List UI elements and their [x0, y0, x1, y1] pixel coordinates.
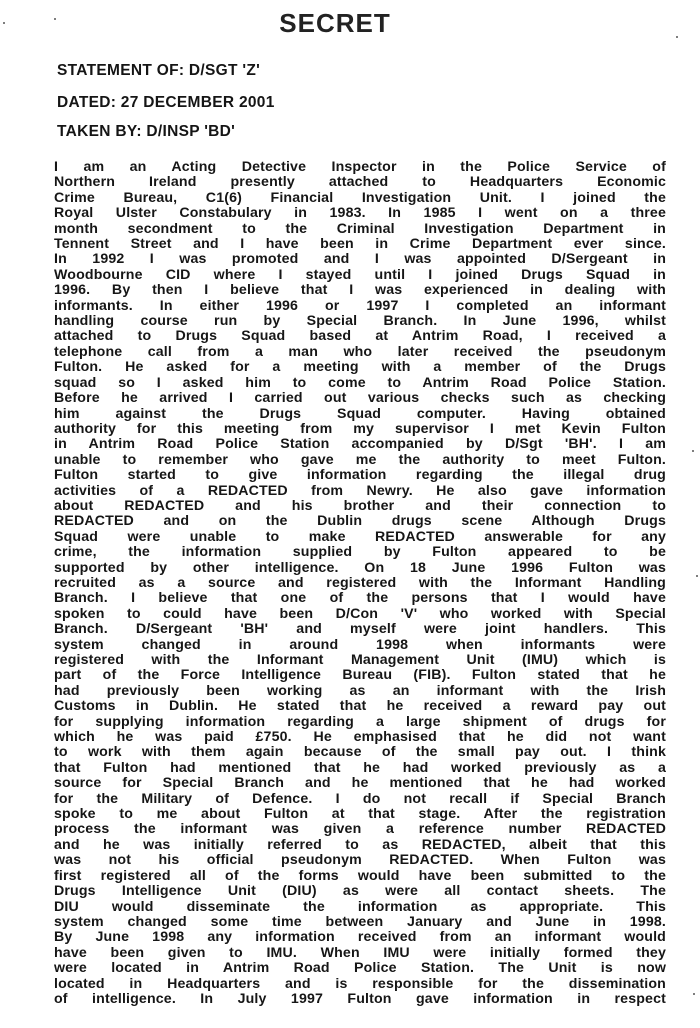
statement-line: system changed some time between January… — [54, 915, 666, 930]
statement-line: In 1992 I was promoted and I was appoint… — [54, 252, 666, 267]
statement-line: 1996. By then I believe that I was exper… — [54, 283, 666, 298]
statement-line: authority for this meeting from my super… — [54, 422, 666, 437]
statement-line: squad so I asked him to come to Antrim R… — [54, 376, 666, 391]
statement-line: Branch. D/Sergeant 'BH' and myself were … — [54, 622, 666, 637]
statement-line: Woodbourne CID where I stayed until I jo… — [54, 268, 666, 283]
dated-heading: DATED: 27 DECEMBER 2001 — [57, 94, 275, 112]
statement-line: Crime Bureau, C1(6) Financial Investigat… — [54, 191, 666, 206]
statement-line: I am an Acting Detective Inspector in th… — [54, 160, 666, 175]
statement-of-heading: STATEMENT OF: D/SGT 'Z' — [57, 62, 260, 80]
statement-line: Squad were unable to make REDACTED answe… — [54, 530, 666, 545]
statement-line: Northern Ireland presently attached to H… — [54, 175, 666, 190]
scan-speck — [693, 993, 695, 995]
scan-speck — [3, 22, 5, 24]
scan-speck — [54, 18, 56, 20]
statement-line: process the informant was given a refere… — [54, 822, 666, 837]
statement-line: Before he arrived I carried out various … — [54, 391, 666, 406]
statement-line: Drugs Intelligence Unit (DIU) as were al… — [54, 884, 666, 899]
statement-body: I am an Acting Detective Inspector in th… — [54, 160, 666, 1007]
statement-line: DIU would disseminate the information as… — [54, 900, 666, 915]
statement-line: Tennent Street and I have been in Crime … — [54, 237, 666, 252]
statement-line: have been given to IMU. When IMU were in… — [54, 946, 666, 961]
statement-line: system changed in around 1998 when infor… — [54, 638, 666, 653]
statement-line: part of the Force Intelligence Bureau (F… — [54, 668, 666, 683]
statement-line: informants. In either 1996 or 1997 I com… — [54, 299, 666, 314]
statement-line: him against the Drugs Squad computer. Ha… — [54, 407, 666, 422]
statement-line: registered with the Informant Management… — [54, 653, 666, 668]
statement-line: and he was initially referred to as REDA… — [54, 838, 666, 853]
statement-line: supported by other intelligence. On 18 J… — [54, 561, 666, 576]
statement-line: in Antrim Road Police Station accompanie… — [54, 437, 666, 452]
statement-line: to work with them again because of the s… — [54, 745, 666, 760]
statement-line: Branch. I believe that one of the person… — [54, 591, 666, 606]
statement-line: were located in Antrim Road Police Stati… — [54, 961, 666, 976]
statement-line: recruited as a source and registered wit… — [54, 576, 666, 591]
statement-line: for the Military of Defence. I do not re… — [54, 792, 666, 807]
statement-line: attached to Drugs Squad based at Antrim … — [54, 329, 666, 344]
statement-line: first registered all of the forms would … — [54, 869, 666, 884]
statement-line: Fulton. He asked for a meeting with a me… — [54, 360, 666, 375]
statement-line: that Fulton had mentioned that he had wo… — [54, 761, 666, 776]
statement-line: month secondment to the Criminal Investi… — [54, 222, 666, 237]
statement-line: Fulton started to give information regar… — [54, 468, 666, 483]
statement-line: activities of a REDACTED from Newry. He … — [54, 484, 666, 499]
statement-line: which he was paid £750. He emphasised th… — [54, 730, 666, 745]
statement-line: crime, the information supplied by Fulto… — [54, 545, 666, 560]
statement-line: had previously been working as an inform… — [54, 684, 666, 699]
statement-line: was not his official pseudonym REDACTED.… — [54, 853, 666, 868]
statement-line: Royal Ulster Constabulary in 1983. In 19… — [54, 206, 666, 221]
statement-line: spoke to me about Fulton at that stage. … — [54, 807, 666, 822]
statement-line: REDACTED and on the Dublin drugs scene A… — [54, 514, 666, 529]
statement-line: handling course run by Special Branch. I… — [54, 314, 666, 329]
statement-line: Customs in Dublin. He stated that he rec… — [54, 699, 666, 714]
statement-line: about REDACTED and his brother and their… — [54, 499, 666, 514]
scan-speck — [696, 575, 698, 577]
scan-speck — [692, 450, 694, 452]
classification-stamp: SECRET — [270, 8, 400, 39]
scan-speck — [676, 36, 678, 38]
statement-line: of intelligence. In July 1997 Fulton gav… — [54, 992, 666, 1007]
statement-line: located in Headquarters and is responsib… — [54, 977, 666, 992]
statement-line: telephone call from a man who later rece… — [54, 345, 666, 360]
statement-line: By June 1998 any information received fr… — [54, 930, 666, 945]
taken-by-heading: TAKEN BY: D/INSP 'BD' — [57, 123, 235, 141]
statement-line: unable to remember who gave me the autho… — [54, 453, 666, 468]
statement-line: for supplying information regarding a la… — [54, 715, 666, 730]
statement-line: source for Special Branch and he mention… — [54, 776, 666, 791]
statement-line: spoken to could have been D/Con 'V' who … — [54, 607, 666, 622]
